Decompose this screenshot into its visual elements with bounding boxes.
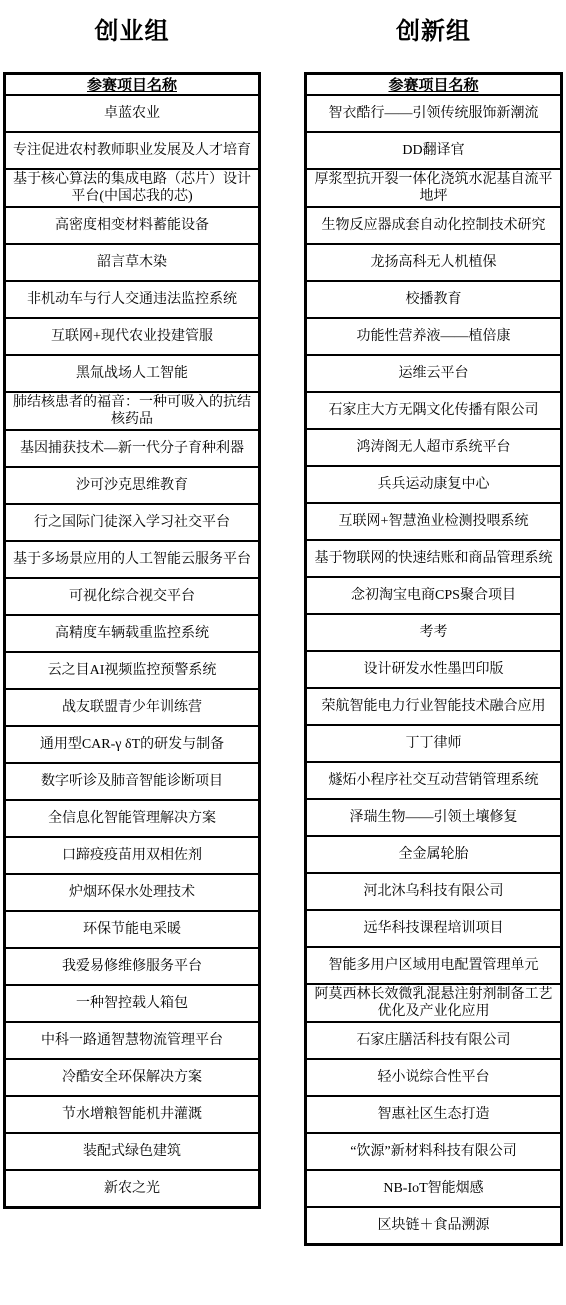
table-row: NB-IoT智能烟感 (307, 1169, 560, 1206)
table-row: DD翻译官 (307, 131, 560, 168)
project-name: 河北沐乌科技有限公司 (364, 883, 504, 900)
project-name: 可视化综合视交平台 (69, 588, 195, 605)
table-row: 行之国际门徒深入学习社交平台 (6, 503, 258, 540)
project-name: 区块链＋食品溯源 (378, 1217, 490, 1234)
table-row: 念初淘宝电商CPS聚合项目 (307, 576, 560, 613)
project-name: 基因捕获技术—新一代分子育种利器 (20, 440, 244, 457)
table-row: 可视化综合视交平台 (6, 577, 258, 614)
project-name: 中科一路通智慧物流管理平台 (41, 1032, 223, 1049)
table-row: 卓蓝农业 (6, 94, 258, 131)
table-row: 兵兵运动康复中心 (307, 465, 560, 502)
table-row: 基于多场景应用的人工智能云服务平台 (6, 540, 258, 577)
table-row: 新农之光 (6, 1169, 258, 1206)
project-name: 黑氚战场人工智能 (76, 365, 188, 382)
project-name: 基于核心算法的集成电路（芯片）设计平台(中国芯我的芯) (9, 171, 255, 205)
project-name: 节水增粮智能机井灌溉 (62, 1106, 202, 1123)
project-name: 念初淘宝电商CPS聚合项目 (351, 587, 516, 604)
project-name: 智衣酷行——引领传统服饰新潮流 (329, 105, 539, 122)
table-row: 高密度相变材料蓄能设备 (6, 206, 258, 243)
table-row: 冷酷安全环保解决方案 (6, 1058, 258, 1095)
table-row: 数字听诊及肺音智能诊断项目 (6, 762, 258, 799)
project-name: “饮源”新材料科技有限公司 (350, 1143, 516, 1160)
project-name: 通用型CAR-γ δT的研发与制备 (40, 736, 224, 753)
table-row: 炉烟环保水处理技术 (6, 873, 258, 910)
table-row: 设计研发水性墨凹印版 (307, 650, 560, 687)
entrepreneurship-project-table: 参赛项目名称 卓蓝农业专注促进农村教师职业发展及人才培育基于核心算法的集成电路（… (3, 72, 261, 1209)
table-row: 高精度车辆载重监控系统 (6, 614, 258, 651)
table-row: 阿莫西林长效微乳混悬注射剂制备工艺优化及产业化应用 (307, 983, 560, 1021)
project-name: 龙扬高科无人机植保 (371, 254, 497, 271)
table-row: 通用型CAR-γ δT的研发与制备 (6, 725, 258, 762)
project-name: 石家庄大方无隅文化传播有限公司 (329, 402, 539, 419)
project-name: 阿莫西林长效微乳混悬注射剂制备工艺优化及产业化应用 (310, 986, 557, 1020)
table-row: 轻小说综合性平台 (307, 1058, 560, 1095)
table-row: 厚浆型抗开裂一体化浇筑水泥基自流平地坪 (307, 168, 560, 206)
table-row: 丁丁律师 (307, 724, 560, 761)
table-row: 非机动车与行人交通违法监控系统 (6, 280, 258, 317)
project-name: 互联网+智慧渔业检测投喂系统 (339, 513, 529, 530)
project-name: 鸿涛阁无人超市系统平台 (357, 439, 511, 456)
table-row: 远华科技课程培训项目 (307, 909, 560, 946)
table-row: 燧炻小程序社交互动营销管理系统 (307, 761, 560, 798)
project-name: 环保节能电采暖 (83, 921, 181, 938)
table-row: 区块链＋食品溯源 (307, 1206, 560, 1243)
table-row: 沙可沙克思维教育 (6, 466, 258, 503)
project-name: 新农之光 (104, 1180, 160, 1197)
table-row: 校播教育 (307, 280, 560, 317)
project-name: 韶言草木染 (97, 254, 167, 271)
project-name: 考考 (420, 624, 448, 641)
table-row: 石家庄膳活科技有限公司 (307, 1021, 560, 1058)
project-name: 荣航智能电力行业智能技术融合应用 (322, 698, 546, 715)
project-name: 智惠社区生态打造 (378, 1106, 490, 1123)
project-name: 燧炻小程序社交互动营销管理系统 (329, 772, 539, 789)
project-name: 全金属轮胎 (399, 846, 469, 863)
table-row: 节水增粮智能机井灌溉 (6, 1095, 258, 1132)
project-name: 高密度相变材料蓄能设备 (55, 217, 209, 234)
table-row: 河北沐乌科技有限公司 (307, 872, 560, 909)
table-row: 黑氚战场人工智能 (6, 354, 258, 391)
table-row: 全信息化智能管理解决方案 (6, 799, 258, 836)
table-row: 战友联盟青少年训练营 (6, 688, 258, 725)
table-row: 环保节能电采暖 (6, 910, 258, 947)
table-row: 基于物联网的快速结账和商品管理系统 (307, 539, 560, 576)
table-row: 互联网+现代农业投建管服 (6, 317, 258, 354)
project-name: 沙可沙克思维教育 (76, 477, 188, 494)
group-title-innovation: 创新组 (304, 14, 563, 50)
project-name: 战友联盟青少年训练营 (62, 699, 202, 716)
project-name: 功能性营养液——植倍康 (357, 328, 511, 345)
project-name: 泽瑞生物——引领土壤修复 (350, 809, 518, 826)
table-row: 智衣酷行——引领传统服饰新潮流 (307, 94, 560, 131)
project-name: 基于物联网的快速结账和商品管理系统 (315, 550, 553, 567)
table-row: 运维云平台 (307, 354, 560, 391)
project-name: 远华科技课程培训项目 (364, 920, 504, 937)
project-name: 卓蓝农业 (104, 105, 160, 122)
project-name: 肺结核患者的福音：一种可吸入的抗结核药品 (9, 394, 255, 428)
table-row: 智惠社区生态打造 (307, 1095, 560, 1132)
project-name: 丁丁律师 (406, 735, 462, 752)
project-name: NB-IoT智能烟感 (383, 1180, 483, 1197)
project-name: 智能多用户区域用电配置管理单元 (329, 957, 539, 974)
project-name: 基于多场景应用的人工智能云服务平台 (13, 551, 251, 568)
table-row: 一种智控载人箱包 (6, 984, 258, 1021)
table-row: 考考 (307, 613, 560, 650)
project-name: 运维云平台 (399, 365, 469, 382)
table-header-row: 参赛项目名称 (307, 75, 560, 94)
table-header-row: 参赛项目名称 (6, 75, 258, 94)
project-name: 专注促进农村教师职业发展及人才培育 (13, 142, 251, 159)
table-row: 龙扬高科无人机植保 (307, 243, 560, 280)
table-row: 基于核心算法的集成电路（芯片）设计平台(中国芯我的芯) (6, 168, 258, 206)
table-row: 口蹄疫疫苗用双相佐剂 (6, 836, 258, 873)
project-name: 设计研发水性墨凹印版 (364, 661, 504, 678)
table-row: 专注促进农村教师职业发展及人才培育 (6, 131, 258, 168)
project-name: 一种智控载人箱包 (76, 995, 188, 1012)
table-row: 装配式绿色建筑 (6, 1132, 258, 1169)
group-title-entrepreneurship: 创业组 (3, 14, 261, 50)
project-name: 口蹄疫疫苗用双相佐剂 (62, 847, 202, 864)
table-header-label: 参赛项目名称 (87, 74, 177, 95)
table-row: 全金属轮胎 (307, 835, 560, 872)
project-name: DD翻译官 (402, 142, 464, 159)
table-body: 智衣酷行——引领传统服饰新潮流DD翻译官厚浆型抗开裂一体化浇筑水泥基自流平地坪生… (307, 94, 560, 1243)
table-row: 中科一路通智慧物流管理平台 (6, 1021, 258, 1058)
project-name: 互联网+现代农业投建管服 (51, 328, 213, 345)
project-name: 炉烟环保水处理技术 (69, 884, 195, 901)
table-row: 生物反应器成套自动化控制技术研究 (307, 206, 560, 243)
table-row: 智能多用户区域用电配置管理单元 (307, 946, 560, 983)
project-name: 数字听诊及肺音智能诊断项目 (41, 773, 223, 790)
project-name: 厚浆型抗开裂一体化浇筑水泥基自流平地坪 (310, 171, 557, 205)
table-row: 互联网+智慧渔业检测投喂系统 (307, 502, 560, 539)
entrepreneurship-group-column: 创业组 参赛项目名称 卓蓝农业专注促进农村教师职业发展及人才培育基于核心算法的集… (3, 0, 261, 1209)
table-row: 泽瑞生物——引领土壤修复 (307, 798, 560, 835)
project-name: 非机动车与行人交通违法监控系统 (27, 291, 237, 308)
table-body: 卓蓝农业专注促进农村教师职业发展及人才培育基于核心算法的集成电路（芯片）设计平台… (6, 94, 258, 1206)
table-row: “饮源”新材料科技有限公司 (307, 1132, 560, 1169)
table-row: 功能性营养液——植倍康 (307, 317, 560, 354)
project-name: 兵兵运动康复中心 (378, 476, 490, 493)
project-name: 轻小说综合性平台 (378, 1069, 490, 1086)
innovation-project-table: 参赛项目名称 智衣酷行——引领传统服饰新潮流DD翻译官厚浆型抗开裂一体化浇筑水泥… (304, 72, 563, 1246)
project-name: 云之目AI视频监控预警系统 (48, 662, 217, 679)
table-row: 我爱易修维修服务平台 (6, 947, 258, 984)
project-name: 石家庄膳活科技有限公司 (357, 1032, 511, 1049)
table-header-label: 参赛项目名称 (388, 74, 478, 95)
project-name: 高精度车辆载重监控系统 (55, 625, 209, 642)
innovation-group-column: 创新组 参赛项目名称 智衣酷行——引领传统服饰新潮流DD翻译官厚浆型抗开裂一体化… (304, 0, 563, 1246)
project-name: 校播教育 (406, 291, 462, 308)
table-row: 云之目AI视频监控预警系统 (6, 651, 258, 688)
project-name: 生物反应器成套自动化控制技术研究 (322, 217, 546, 234)
project-name: 全信息化智能管理解决方案 (48, 810, 216, 827)
project-name: 装配式绿色建筑 (83, 1143, 181, 1160)
table-row: 鸿涛阁无人超市系统平台 (307, 428, 560, 465)
table-row: 石家庄大方无隅文化传播有限公司 (307, 391, 560, 428)
project-name: 冷酷安全环保解决方案 (62, 1069, 202, 1086)
table-row: 韶言草木染 (6, 243, 258, 280)
table-row: 荣航智能电力行业智能技术融合应用 (307, 687, 560, 724)
table-row: 基因捕获技术—新一代分子育种利器 (6, 429, 258, 466)
table-row: 肺结核患者的福音：一种可吸入的抗结核药品 (6, 391, 258, 429)
project-name: 我爱易修维修服务平台 (62, 958, 202, 975)
project-name: 行之国际门徒深入学习社交平台 (34, 514, 230, 531)
